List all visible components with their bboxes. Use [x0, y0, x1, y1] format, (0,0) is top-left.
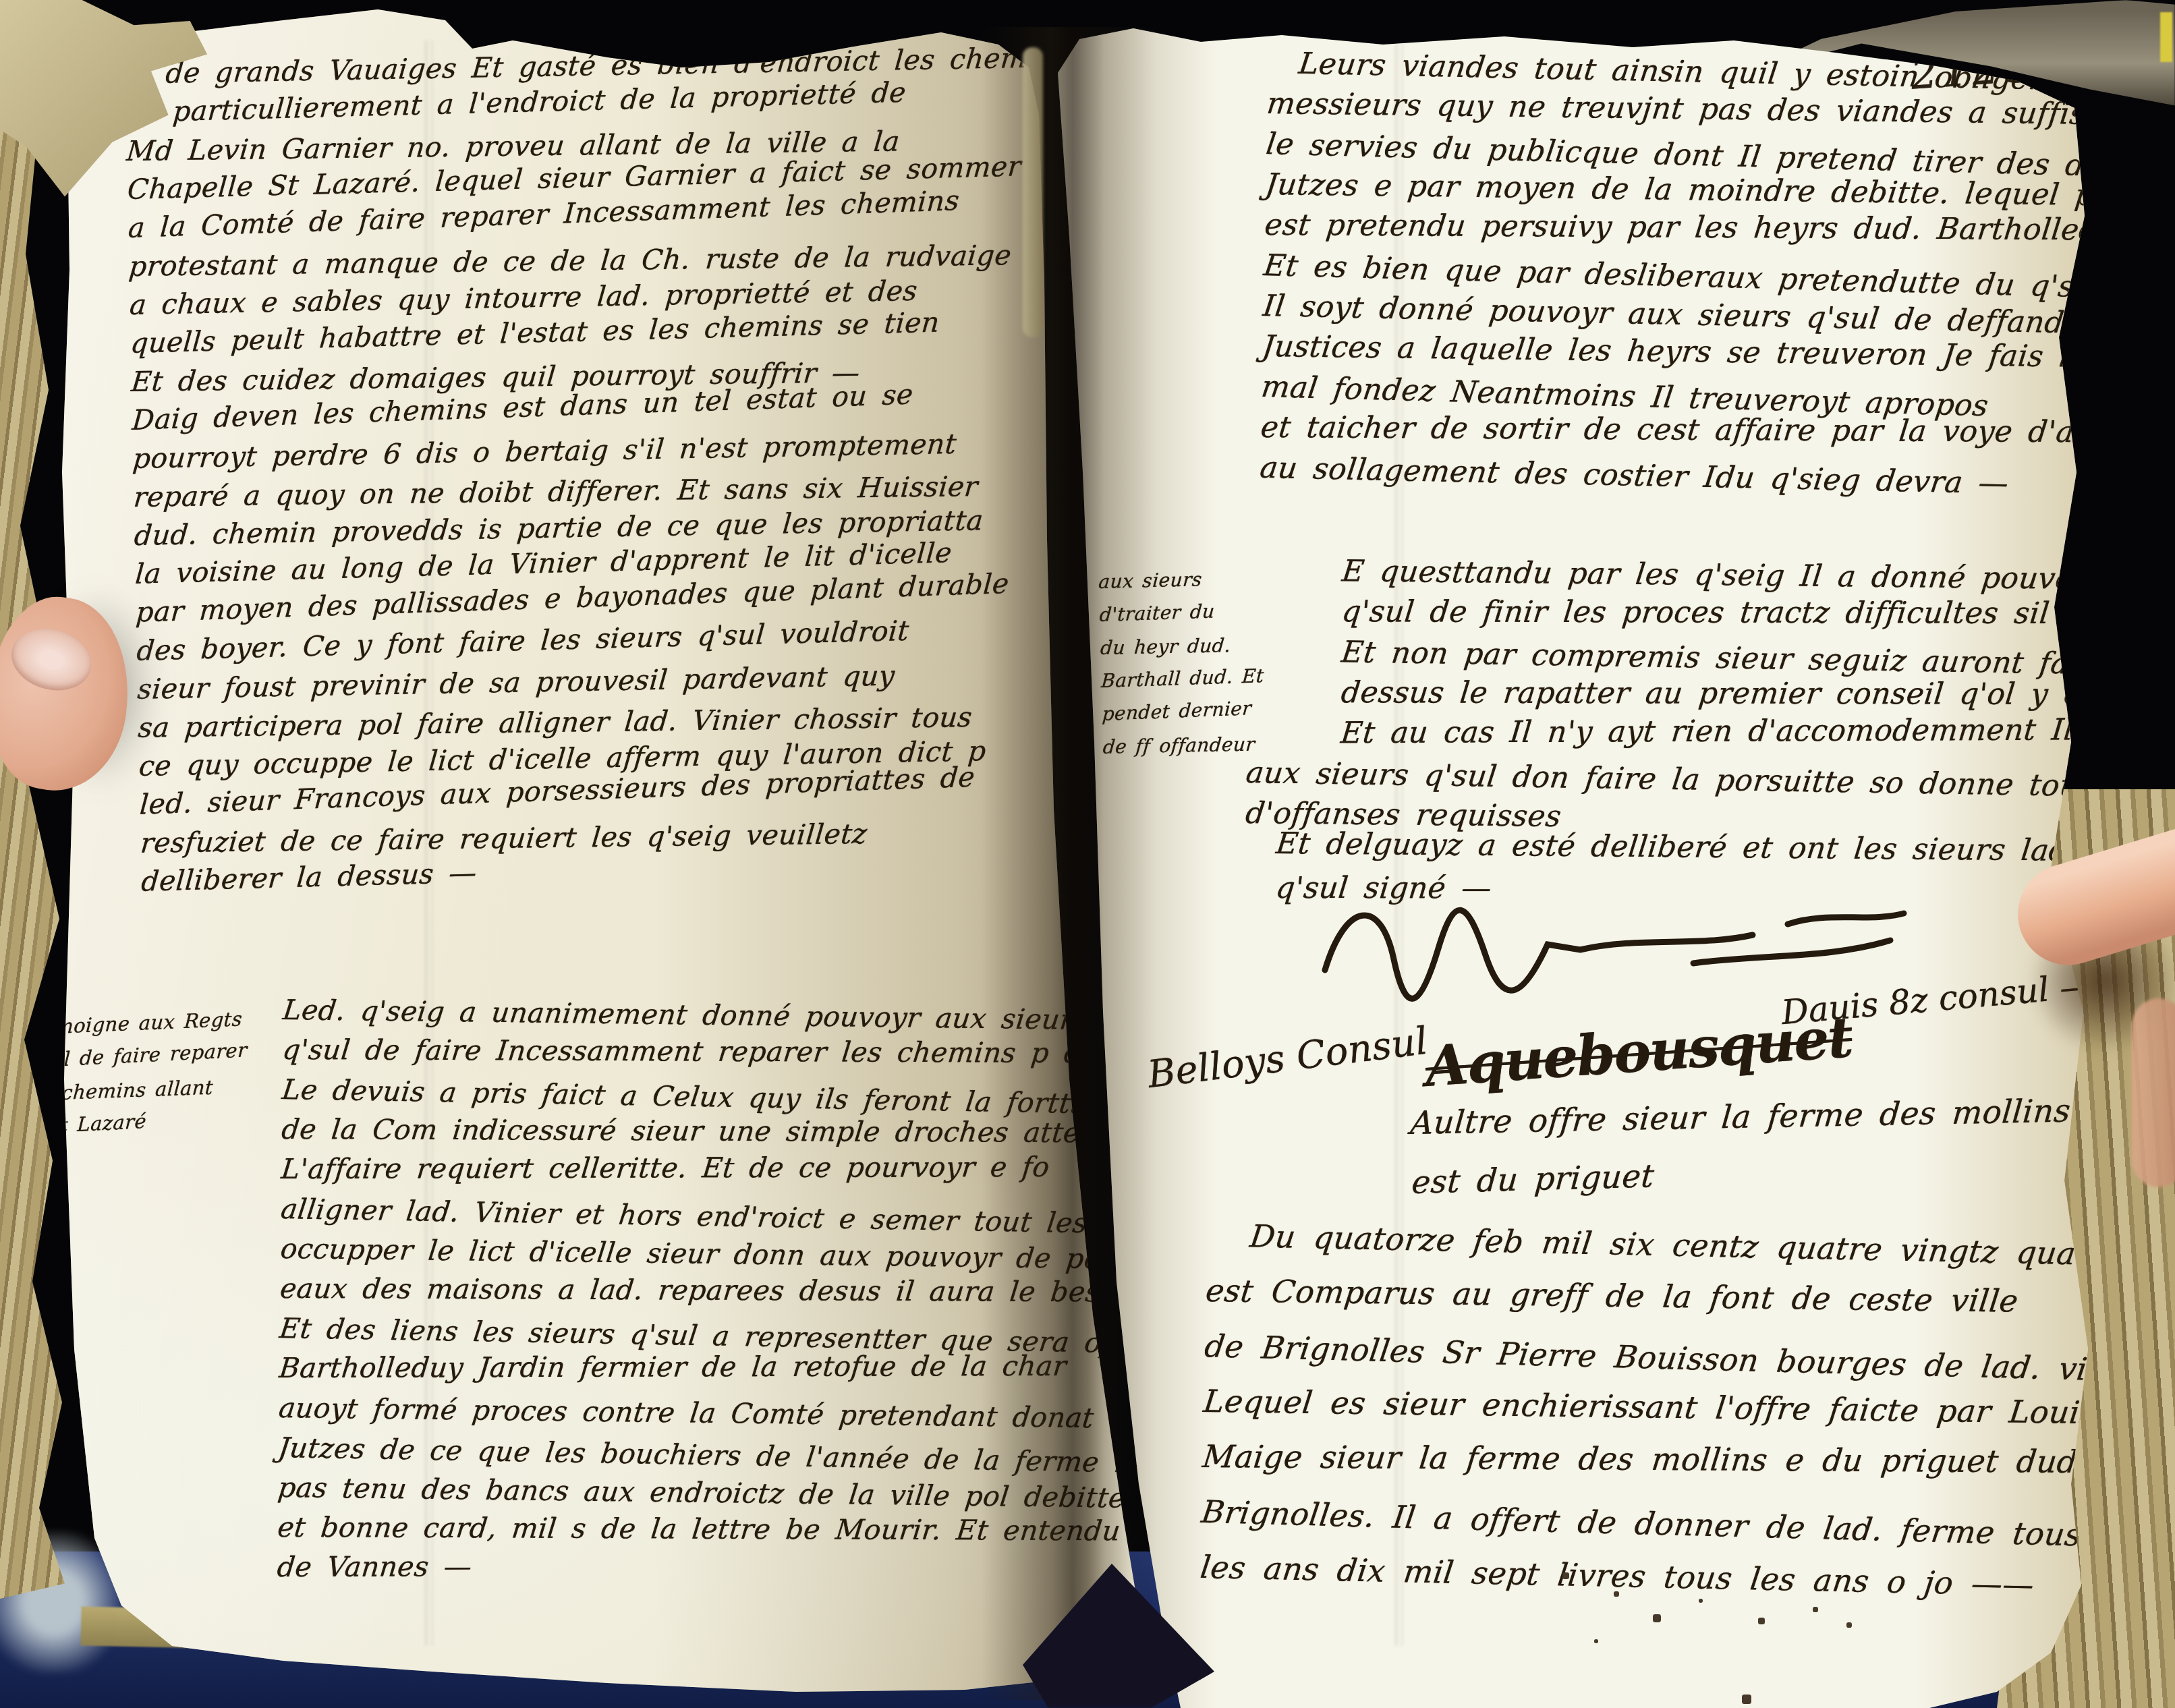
next-entry-heading: Aultre offre sieur la ferme des mollins … — [1410, 1079, 2120, 1213]
handwritten-line: de Vannes — — [275, 1545, 1216, 1587]
handwritten-line: L'affaire requiert celleritte. Et de ce … — [279, 1147, 1220, 1189]
left-thumb — [0, 577, 159, 820]
handwritten-line: Et au cas Il n'y ayt rien d'accomodemmen… — [1339, 709, 2175, 753]
margin-note-line: de ff offandeur — [1102, 727, 1267, 764]
handwritten-line: Bartholleduy Jardin fermier de la retofu… — [277, 1346, 1218, 1388]
left-page-margin-note: Tesmoigne aux Regtsq'sul de faire repare… — [20, 1002, 251, 1143]
right-finger — [1970, 796, 2175, 1079]
gutter-page-curl-highlight — [1023, 47, 1043, 337]
handwritten-line: q'sul de finir les proces tractz difficu… — [1340, 592, 2175, 635]
handwritten-line: de la Com indicessuré sieur une simple d… — [280, 1110, 1220, 1154]
handwritten-line: est pretendu persuivy par les heyrs dud.… — [1262, 205, 2175, 252]
left-page-paragraph-1: de grands Vauaiges Et gasté es bien d'en… — [125, 36, 1085, 901]
manuscript-photo: de grands Vauaiges Et gasté es bien d'en… — [0, 0, 2175, 1708]
right-page-paragraph-1: Leurs viandes tout ainsin quil y estoin … — [1260, 43, 2175, 508]
handwritten-line: est Comparus au greff de la font de cest… — [1203, 1263, 2131, 1330]
margin-note-line: du heyr dud. — [1099, 628, 1264, 664]
right-page-margin-note: aux sieursd'traiter dudu heyr dud.Bartha… — [1098, 561, 1266, 764]
signature-consul-belloy: Belloys Consul — [1146, 1019, 1430, 1097]
right-finger-lower-pad — [2132, 998, 2175, 1187]
handwritten-line: et taicher de sortir de cest affaire par… — [1259, 407, 2175, 454]
margin-note-line: a St Lazaré — [24, 1100, 251, 1144]
right-page-paragraph-3: Du quatorze feb mil six centz quatre vin… — [1200, 1207, 2129, 1612]
margin-note-line: aux sieurs — [1098, 561, 1263, 598]
background-yellow-sliver — [2160, 12, 2172, 62]
handwritten-line: eaux des maisons a lad. reparees desus i… — [278, 1269, 1218, 1313]
handwritten-line: dessus le rapatter au premier conseil q'… — [1339, 673, 2175, 716]
left-page-paragraph-2: Led. q'seig a unanimement donné pouvoyr … — [277, 990, 1220, 1597]
margin-note-line: d'traiter du — [1098, 593, 1264, 631]
signature-consul-aquebousquet: Aquebousquet — [1423, 1005, 1854, 1100]
handwritten-line: Maige sieur la ferme des mollins e du pr… — [1199, 1429, 2127, 1489]
handwritten-line: q'sul de faire Incessamment reparer les … — [281, 1030, 1221, 1074]
margin-note-line: pendet dernier — [1101, 691, 1266, 731]
